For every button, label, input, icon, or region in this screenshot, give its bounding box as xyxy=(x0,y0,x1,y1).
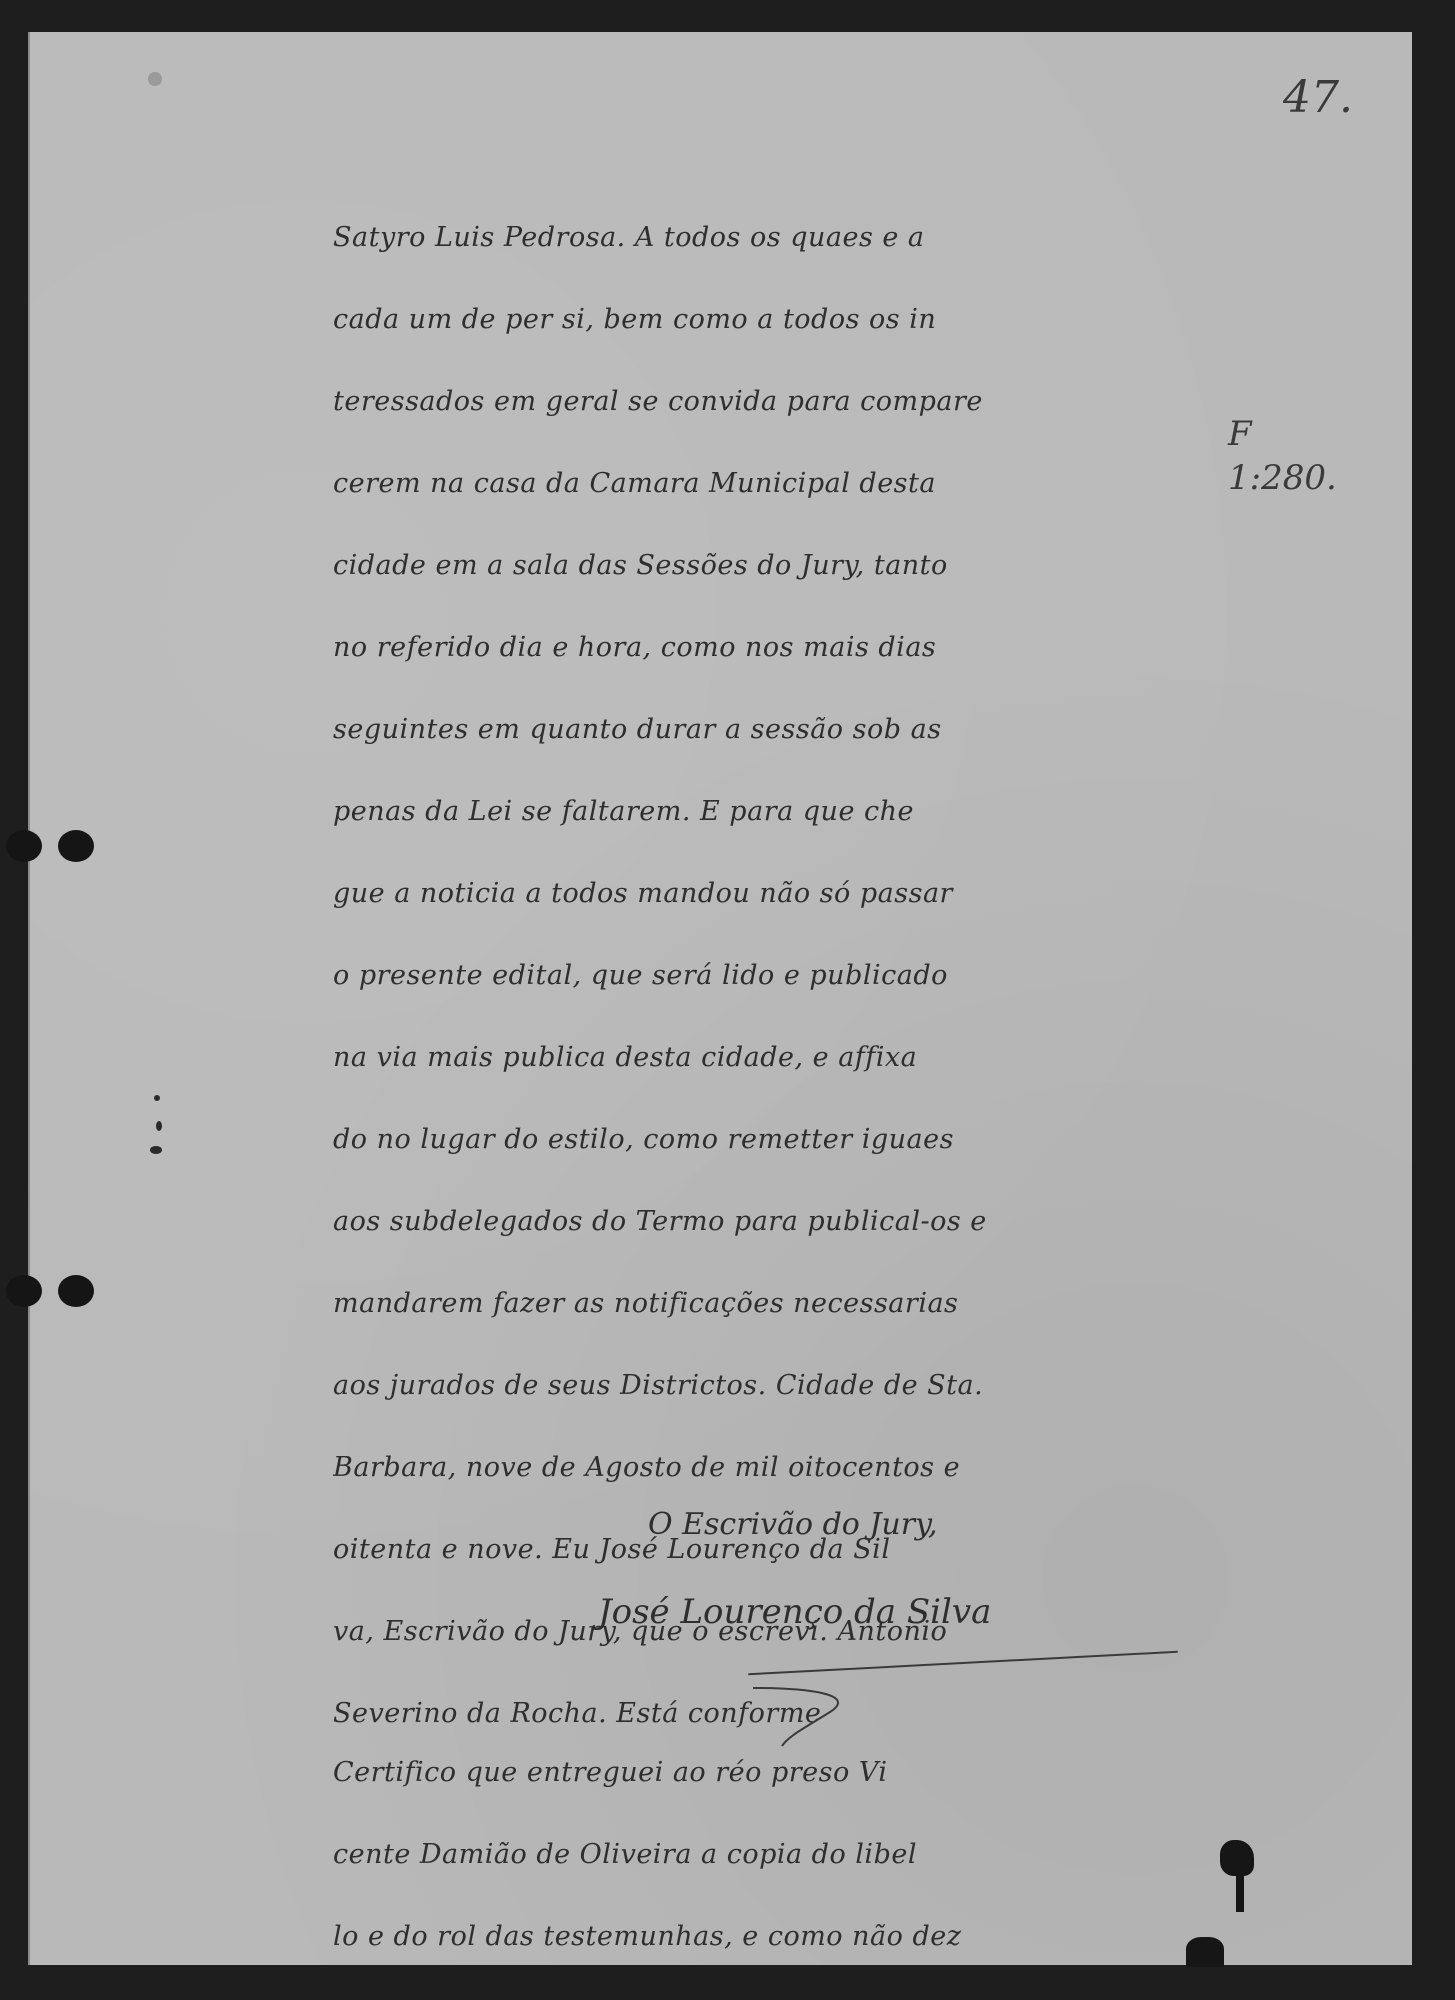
punch-hole-icon xyxy=(6,830,42,862)
text-line: cerem na casa da Camara Municipal desta xyxy=(333,443,1223,525)
text-line: Barbara, nove de Agosto de mil oitocento… xyxy=(333,1427,1223,1509)
punch-hole-icon xyxy=(58,1275,94,1307)
stain-speck xyxy=(154,1095,160,1101)
text-line: cada um de per si, bem como a todos os i… xyxy=(333,279,1223,361)
margin-note-line: 1:280. xyxy=(1228,456,1337,500)
punch-hole-icon xyxy=(58,830,94,862)
closing-title: O Escrivão do Jury, xyxy=(648,1507,938,1542)
certificate-text: Certifico que entreguei ao réo preso Vi … xyxy=(333,1732,1233,1978)
manuscript-page: 47. F 1:280. Satyro Luis Pedrosa. A todo… xyxy=(28,32,1412,1965)
margin-note: F 1:280. xyxy=(1228,412,1337,500)
ink-stain xyxy=(1186,1937,1224,1967)
text-line: aos subdelegados do Termo para publical-… xyxy=(333,1181,1223,1263)
ink-stain xyxy=(1236,1872,1244,1912)
page-number: 47. xyxy=(1283,72,1353,123)
text-line: cidade em a sala das Sessões do Jury, ta… xyxy=(333,525,1223,607)
stain-speck xyxy=(148,72,162,86)
stain-speck xyxy=(150,1146,162,1154)
punch-hole-icon xyxy=(6,1275,42,1307)
text-line: mandarem fazer as notificações necessari… xyxy=(333,1263,1223,1345)
text-line: seguintes em quanto durar a sessão sob a… xyxy=(333,689,1223,771)
ink-stain xyxy=(1220,1840,1254,1876)
text-line: gue a noticia a todos mandou não só pass… xyxy=(333,853,1223,935)
text-line: aos jurados de seus Districtos. Cidade d… xyxy=(333,1345,1223,1427)
text-line: penas da Lei se faltarem. E para que che xyxy=(333,771,1223,853)
text-line: o presente edital, que será lido e publi… xyxy=(333,935,1223,1017)
binding-edge xyxy=(28,32,30,1965)
margin-note-line: F xyxy=(1228,412,1337,456)
text-line: cente Damião de Oliveira a copia do libe… xyxy=(333,1814,1233,1896)
text-line: do no lugar do estilo, como remetter igu… xyxy=(333,1099,1223,1181)
text-line: no referido dia e hora, como nos mais di… xyxy=(333,607,1223,689)
text-line: lo e do rol das testemunhas, e como não … xyxy=(333,1896,1233,1978)
text-line: Certifico que entreguei ao réo preso Vi xyxy=(333,1732,1233,1814)
stain-speck xyxy=(156,1121,162,1131)
text-line: na via mais publica desta cidade, e affi… xyxy=(333,1017,1223,1099)
text-line: teressados em geral se convida para comp… xyxy=(333,361,1223,443)
text-line: Satyro Luis Pedrosa. A todos os quaes e … xyxy=(333,197,1223,279)
signature: José Lourenço da Silva xyxy=(598,1592,991,1632)
